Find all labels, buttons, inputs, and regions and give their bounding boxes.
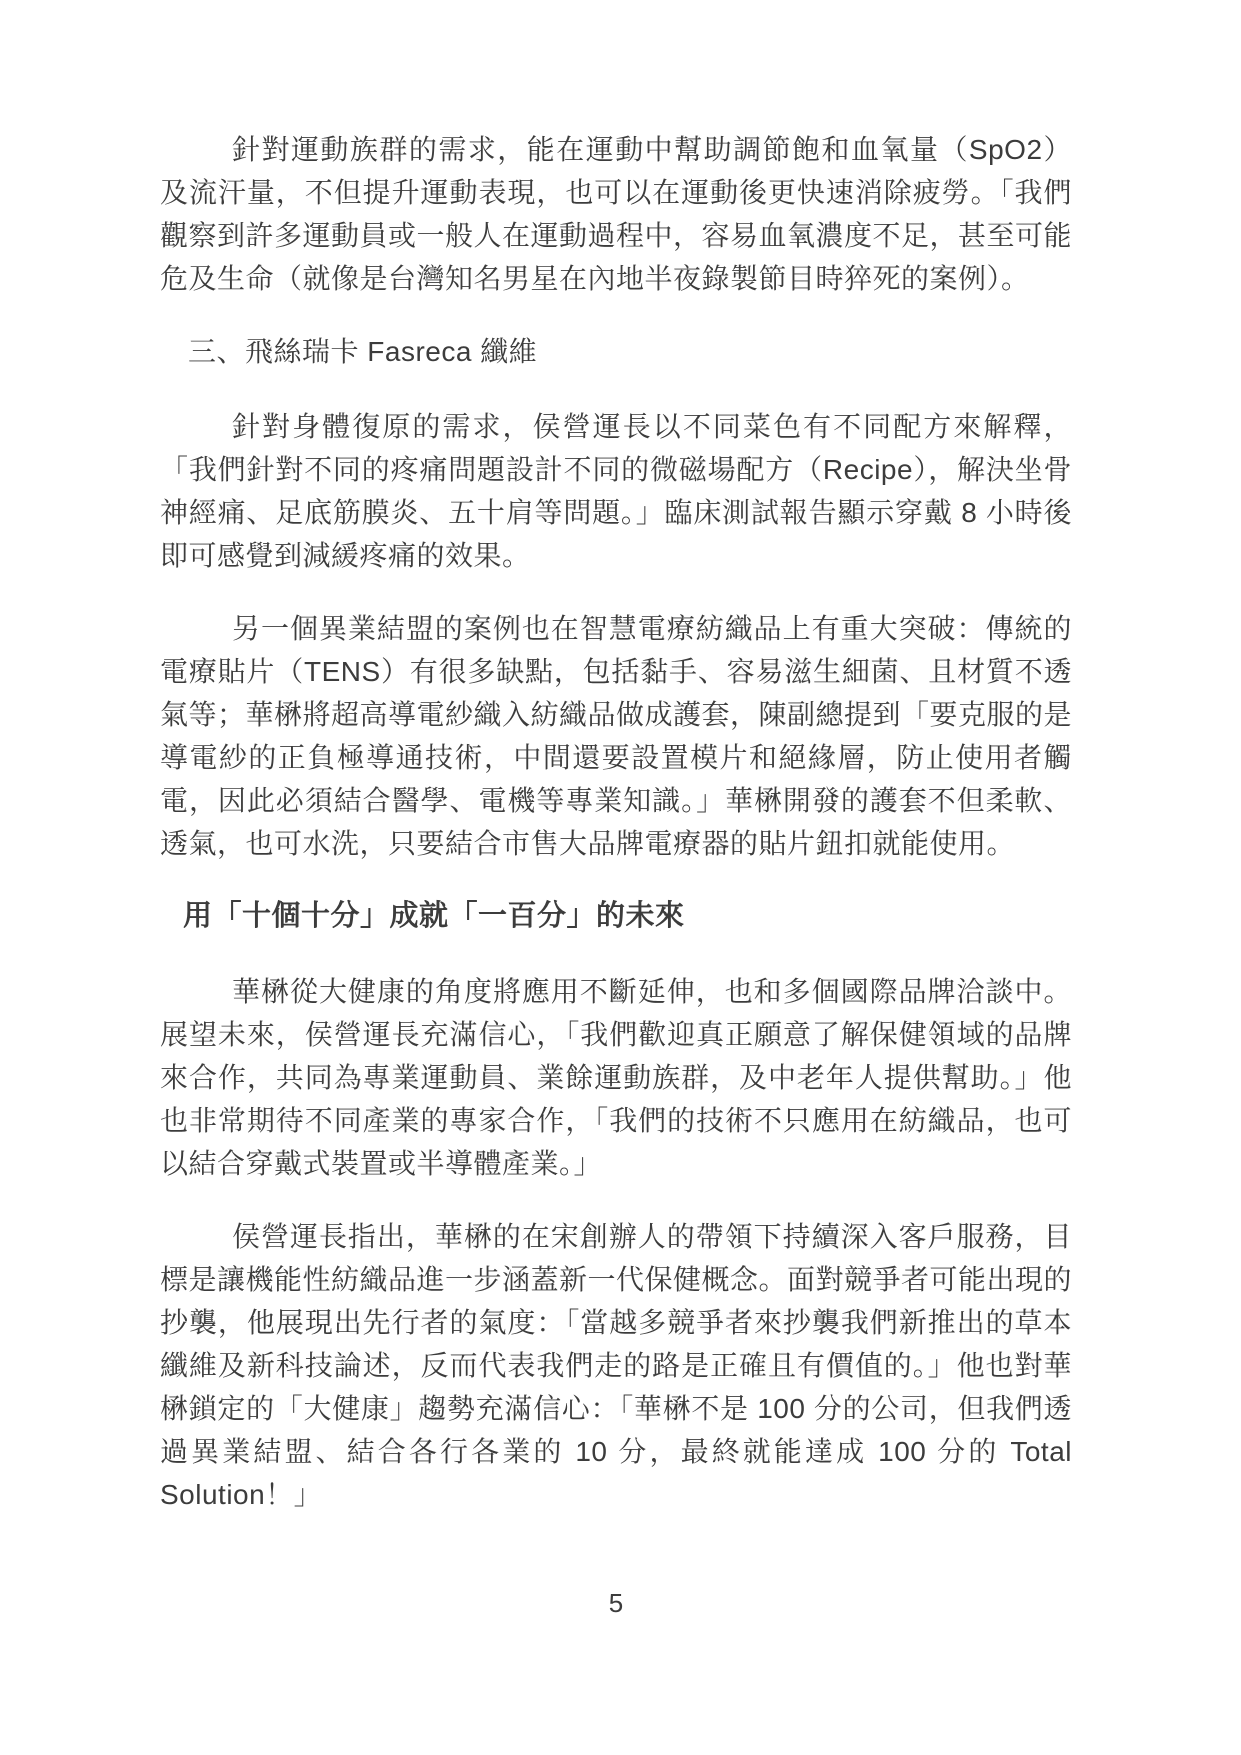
body-paragraph: 華楙從大健康的角度將應用不斷延伸，也和多個國際品牌洽談中。展望未來，侯營運長充滿… [160, 970, 1072, 1185]
body-paragraph: 另一個異業結盟的案例也在智慧電療紡織品上有重大突破：傳統的電療貼片（TENS）有… [160, 607, 1072, 865]
document-page: 針對運動族群的需求，能在運動中幫助調節飽和血氧量（SpO2）及流汗量，不但提升運… [0, 0, 1241, 1755]
section-heading: 三、飛絲瑞卡 Fasreca 纖維 [160, 330, 1072, 373]
body-paragraph: 針對身體復原的需求，侯營運長以不同菜色有不同配方來解釋，「我們針對不同的疼痛問題… [160, 405, 1072, 577]
bold-heading: 用「十個十分」成就「一百分」的未來 [160, 895, 1072, 938]
body-paragraph: 侯營運長指出，華楙的在宋創辦人的帶領下持續深入客戶服務，目標是讓機能性紡織品進一… [160, 1215, 1072, 1516]
page-number: 5 [160, 1588, 1072, 1619]
body-paragraph: 針對運動族群的需求，能在運動中幫助調節飽和血氧量（SpO2）及流汗量，不但提升運… [160, 128, 1072, 300]
document-body: 針對運動族群的需求，能在運動中幫助調節飽和血氧量（SpO2）及流汗量，不但提升運… [160, 128, 1072, 1546]
